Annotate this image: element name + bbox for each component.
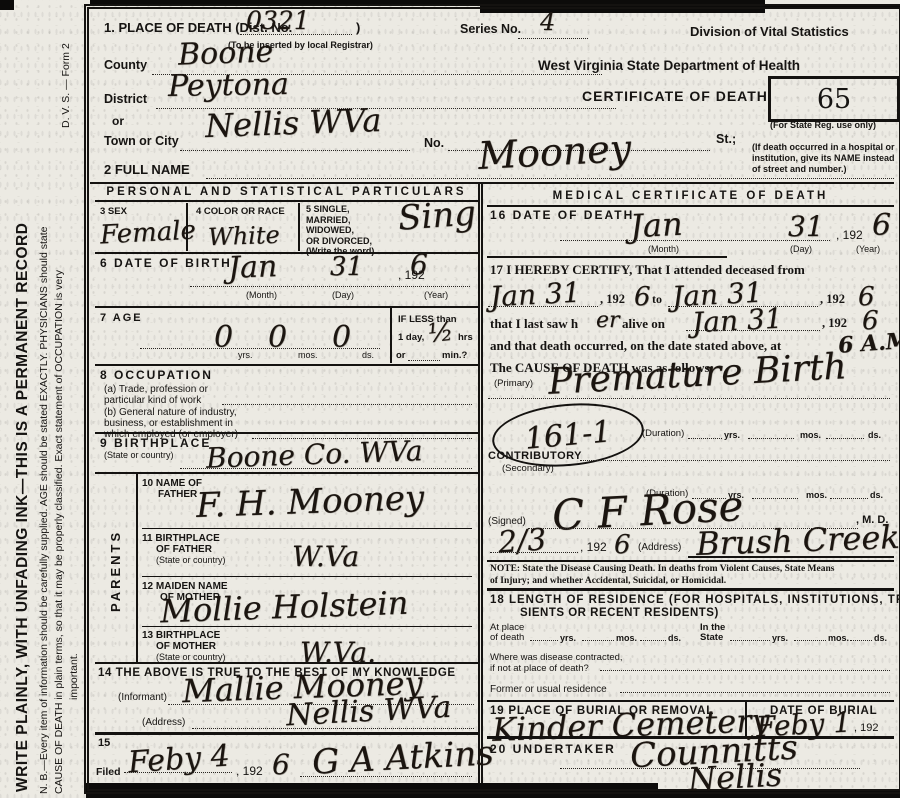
dob-year-caption: (Year) [424,290,448,300]
contributory-label: CONTRIBUTORY [488,450,582,462]
margin-nb-note-line1: N. B.—Every item of information should b… [38,227,50,794]
filed-year-suffix: 6 [272,748,290,781]
former-residence-label: Former or usual residence [490,684,607,695]
duration-caption-1: (Duration) [642,428,684,439]
atplace-mos-caption: mos. [616,633,637,643]
signed-date-value: 2/3 [497,522,548,560]
age-years-value: 0 [214,320,233,355]
occupation-line-b2: business, or establishment in [104,418,233,429]
division-title: Division of Vital Statistics [690,24,849,39]
inthe-yrs-caption: yrs. [772,633,788,643]
full-name-value: Mooney [477,126,632,178]
sex-label: 3 SEX [100,206,127,217]
town-or-city-label: Town or City [104,134,179,148]
st-label: St.; [716,132,736,146]
occupation-label: 8 OCCUPATION [100,368,213,382]
margin-nb-note-line3: important. [68,653,80,700]
margin-form-number: D. V. S. — Form 2 [60,43,72,128]
attended-from-value: Jan 31 [489,276,581,314]
dod-year-caption: (Year) [856,244,880,254]
district-label: District [104,92,147,106]
marital-label-4: OR DIVORCED, [306,236,374,247]
father-name-value: F. H. Mooney [195,478,424,526]
father-birthplace-label-1: 11 BIRTHPLACE [142,533,220,544]
burial-year-prefix: , 192 [854,722,878,734]
last-saw-year-prefix: , 192 [822,316,847,331]
filed-date-value: Feby 4 [127,738,231,780]
attended-to-year-prefix: , 192 [820,292,845,307]
inthe-ds-caption: ds. [874,633,887,643]
department-title: West Virginia State Department of Health [538,58,800,73]
full-name-label: 2 FULL NAME [104,162,190,177]
father-birthplace-sublabel: (State or country) [156,555,226,565]
dod-month-caption: (Month) [648,244,679,254]
dob-month-caption: (Month) [246,290,277,300]
age-months-value: 0 [268,320,287,355]
atplace-ds-caption: ds. [668,633,681,643]
father-birthplace-value: W.Va [292,540,359,573]
mother-birthplace-label-1: 13 BIRTHPLACE [142,630,220,641]
attended-from-year-prefix: , 192 [600,292,625,307]
district-number-value: 0321 [246,6,310,35]
parents-vertical-label: PARENTS [108,530,123,612]
duration2-mos-caption: mos. [806,490,827,500]
filed-section-number: 15 [98,737,110,749]
certificate-title: CERTIFICATE OF DEATH [582,88,768,104]
ifless-label-2: 1 day, [398,332,424,343]
filed-label: Filed [96,766,121,778]
dob-day-caption: (Day) [332,290,354,300]
age-mos-caption: mos. [298,350,318,360]
mother-birthplace-label-2: OF MOTHER [156,641,216,652]
occupation-line-b1: (b) General nature of industry, [104,407,237,418]
birthplace-label: 9 BIRTHPLACE [100,436,211,450]
certificate-number-box: 65 [768,76,900,122]
informant-address-caption: (Address) [142,717,185,728]
sex-value: Female [99,216,196,251]
dod-year-prefix: , 192 [836,228,863,242]
date-of-death-label: 16 DATE OF DEATH [490,208,634,222]
state-reg-note: (For State Reg. use only) [770,120,876,130]
last-saw-her-value: er [596,308,620,333]
dod-day-value: 31 [788,210,824,243]
date-of-birth-label: 6 DATE OF BIRTH [100,256,232,270]
series-no-value: 4 [540,8,555,36]
father-name-label-1: 10 NAME OF [142,478,202,489]
hospital-note: (If death occurred in a hospital or inst… [752,142,896,175]
marital-value: Sing [397,193,477,238]
age-yrs-caption: yrs. [238,350,253,360]
ifless-label-4: or [396,350,406,361]
marital-label-2: MARRIED, [306,215,374,226]
signed-address-caption: (Address) [638,542,681,553]
atplace-yrs-caption: yrs. [560,633,576,643]
last-saw-label-1: that I last saw h [490,316,578,332]
marital-label-1: 5 SINGLE, [306,204,374,215]
ifless-hours-value: ½ [427,317,455,349]
column-divider [478,182,483,783]
age-label: 7 AGE [100,312,143,324]
street-no-label: No. [424,136,444,150]
mother-birthplace-sublabel: (State or country) [156,652,226,662]
father-name-label-2: FATHER [158,489,197,500]
color-race-label: 4 COLOR OR RACE [196,206,285,217]
attended-from-year-suffix: 6 [634,282,651,312]
contracted-label-1: Where was disease contracted, [490,652,623,663]
note-line-2: of Injury; and whether Accidental, Suici… [490,576,726,586]
dob-year-value: 316 [410,248,428,281]
duration2-ds-caption: ds. [870,490,883,500]
informant-caption: (Informant) [118,692,167,703]
dob-day-value: 31 [330,252,363,282]
father-birthplace-label-2: OF FATHER [156,544,212,555]
dod-year-suffix: 6 [872,208,891,243]
duration1-ds-caption: ds. [868,430,881,440]
contracted-label-2: if not at place of death? [490,663,589,674]
duration1-yrs-caption: yrs. [724,430,740,440]
last-saw-date-value: Jan 31 [691,302,783,340]
duration1-mos-caption: mos. [800,430,821,440]
occupation-line-a2: particular kind of work [104,395,201,406]
residence-label-2: SIENTS OR RECENT RESIDENTS) [520,607,719,619]
paren-close: ) [356,20,360,35]
dob-year-digits: 6 [410,248,428,281]
dod-day-caption: (Day) [790,244,812,254]
margin-nb-note-line2: CAUSE OF DEATH in plain terms, so that i… [53,270,65,794]
secondary-caption: (Secondary) [502,463,554,474]
birthplace-sublabel: (State or country) [104,450,174,460]
death-occurred-time-value: 6 A.M. [837,327,900,358]
series-no-label: Series No. [460,22,521,36]
signed-year-prefix: , 192 [580,540,607,554]
district-value: Peytona [168,67,289,104]
certificate-number: 65 [817,84,851,115]
death-certificate-scan: WRITE PLAINLY, WITH UNFADING INK—THIS IS… [0,0,900,798]
last-saw-label-2: alive on [622,316,665,332]
ifless-label-5: min.? [442,350,467,361]
filed-year-prefix: , 192 [236,764,263,778]
ifless-label-3: hrs [458,332,473,343]
inthe-mos-caption: mos. [828,633,849,643]
dob-month-value: Jan [227,249,277,286]
age-days-value: 0 [332,320,351,355]
undertaker-place-value: Nellis [687,756,783,798]
color-race-value: White [208,221,281,251]
undertaker-label: 20 UNDERTAKER [490,742,616,756]
note-line-1: NOTE: State the Disease Causing Death. I… [490,564,834,574]
at-place-label-2: of death [490,632,524,643]
town-or-city-value: Nellis WVa [204,101,382,145]
residence-label-1: 18 LENGTH OF RESIDENCE (FOR HOSPITALS, I… [490,594,900,606]
margin-write-plainly-note: WRITE PLAINLY, WITH UNFADING INK—THIS IS… [14,223,32,792]
in-the-label-2: State [700,632,723,643]
primary-caption: (Primary) [494,378,533,389]
medical-section-title: MEDICAL CERTIFICATE OF DEATH [487,190,894,202]
marital-label-3: WIDOWED, [306,225,374,236]
scan-artifact-bar [0,0,14,10]
mother-birthplace-value: W.Va. [300,636,376,669]
occupation-line-a1: (a) Trade, profession or [104,384,208,395]
to-label: to [652,292,662,307]
county-label: County [104,58,147,72]
signed-year-suffix: 6 [614,530,631,560]
age-ds-caption: ds. [362,350,374,360]
or-label: or [112,114,124,128]
